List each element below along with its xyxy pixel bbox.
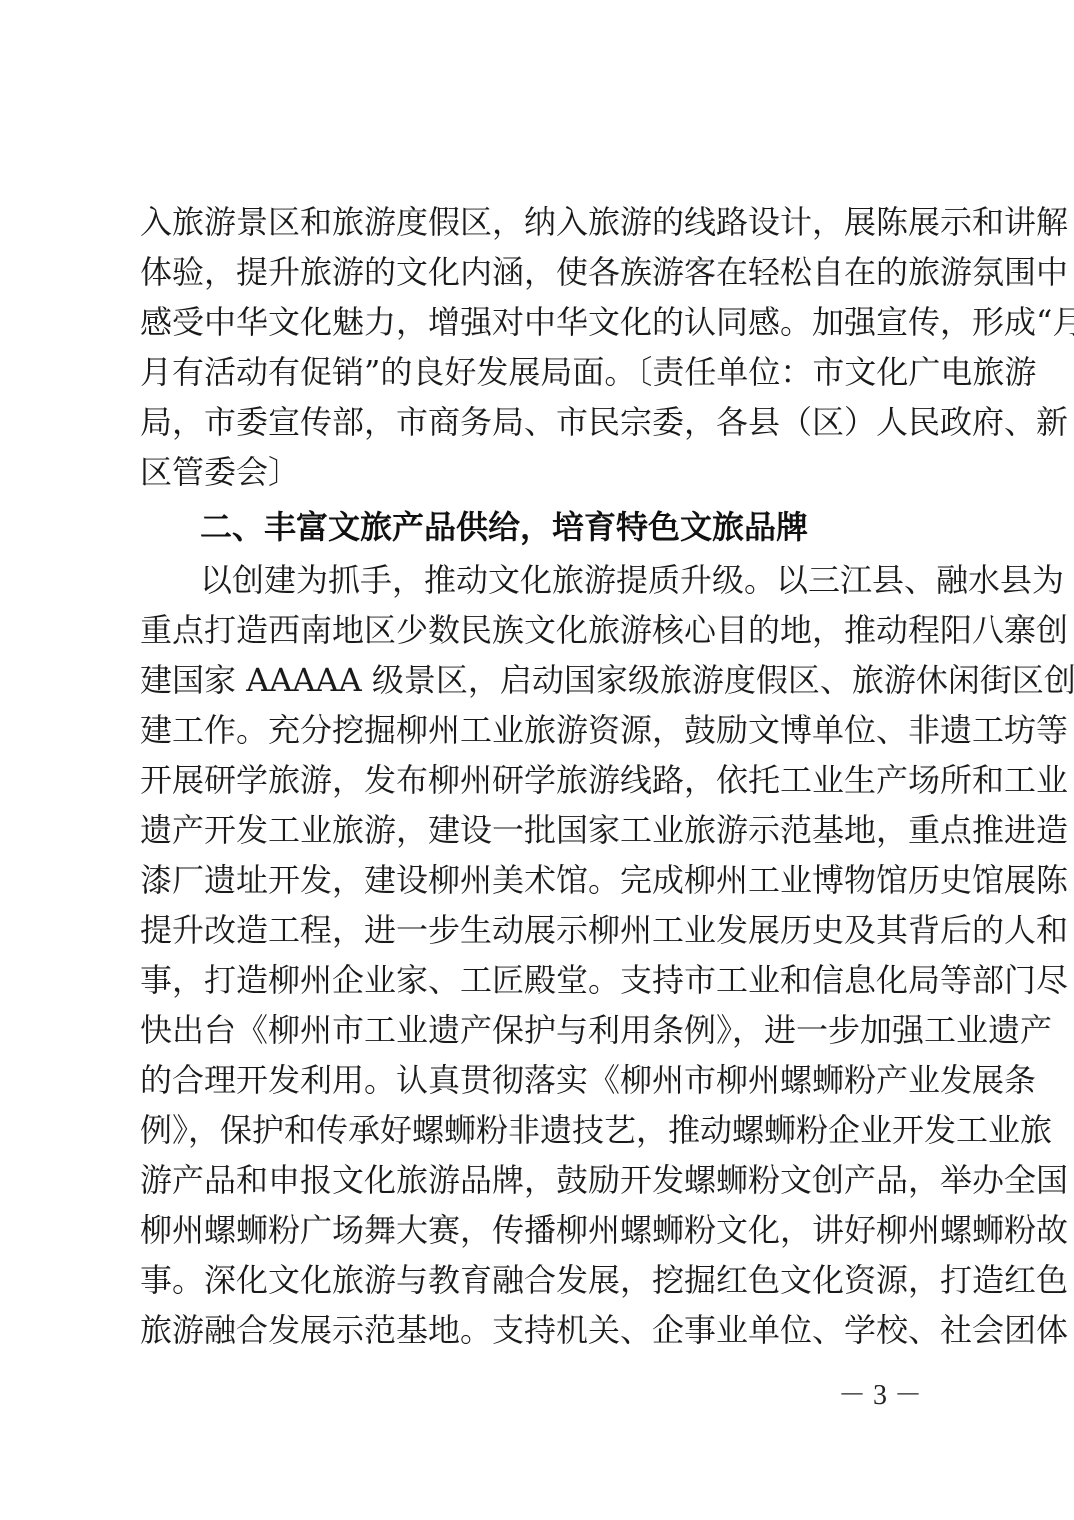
body-text-line: 开展研学旅游，发布柳州研学旅游线路，依托工业生产场所和工业 (140, 760, 948, 800)
body-text-line: 例》，保护和传承好螺蛳粉非遗技艺，推动螺蛳粉企业开发工业旅 (140, 1110, 948, 1150)
body-text-line: 遗产开发工业旅游，建设一批国家工业旅游示范基地，重点推进造 (140, 810, 948, 850)
body-text-line: 柳州螺蛳粉广场舞大赛，传播柳州螺蛳粉文化，讲好柳州螺蛳粉故 (140, 1210, 948, 1250)
body-text-line: 重点打造西南地区少数民族文化旅游核心目的地，推动程阳八寨创 (140, 610, 948, 650)
body-text-line: 入旅游景区和旅游度假区，纳入旅游的线路设计，展陈展示和讲解 (140, 202, 948, 242)
body-text-line: 游产品和申报文化旅游品牌，鼓励开发螺蛳粉文创产品，举办全国 (140, 1160, 948, 1200)
section-heading: 二、丰富文旅产品供给，培育特色文旅品牌 (200, 507, 948, 547)
body-text-line: 的合理开发利用。认真贯彻落实《柳州市柳州螺蛳粉产业发展条 (140, 1060, 948, 1100)
body-text-line: 建工作。充分挖掘柳州工业旅游资源，鼓励文博单位、非遗工坊等 (140, 710, 948, 750)
body-text-line: 事。深化文化旅游与教育融合发展，挖掘红色文化资源，打造红色 (140, 1260, 948, 1300)
body-text-line: 提升改造工程，进一步生动展示柳州工业发展历史及其背后的人和 (140, 910, 948, 950)
body-text-line: 事，打造柳州企业家、工匠殿堂。支持市工业和信息化局等部门尽 (140, 960, 948, 1000)
document-page: 入旅游景区和旅游度假区，纳入旅游的线路设计，展陈展示和讲解 体验，提升旅游的文化… (0, 0, 1074, 1520)
body-text-line: 以创建为抓手，推动文化旅游提质升级。以三江县、融水县为 (200, 560, 948, 600)
body-text-line: 建国家 AAAAA 级景区，启动国家级旅游度假区、旅游休闲街区创 (140, 660, 948, 700)
body-text-line: 区管委会〕 (140, 452, 948, 492)
body-text-line: 快出台《柳州市工业遗产保护与利用条例》，进一步加强工业遗产 (140, 1010, 948, 1050)
body-text-line: 漆厂遗址开发，建设柳州美术馆。完成柳州工业博物馆历史馆展陈 (140, 860, 948, 900)
body-text-line: 局，市委宣传部，市商务局、市民宗委，各县（区）人民政府、新 (140, 402, 948, 442)
body-text-line: 感受中华文化魅力，增强对中华文化的认同感。加强宣传，形成“月 (140, 302, 948, 342)
body-text-line: 月有活动有促销”的良好发展局面。〔责任单位：市文化广电旅游 (140, 352, 948, 392)
body-text-line: 体验，提升旅游的文化内涵，使各族游客在轻松自在的旅游氛围中 (140, 252, 948, 292)
page-number: － 3 － (838, 1378, 918, 1414)
body-text-line: 旅游融合发展示范基地。支持机关、企事业单位、学校、社会团体 (140, 1310, 948, 1350)
